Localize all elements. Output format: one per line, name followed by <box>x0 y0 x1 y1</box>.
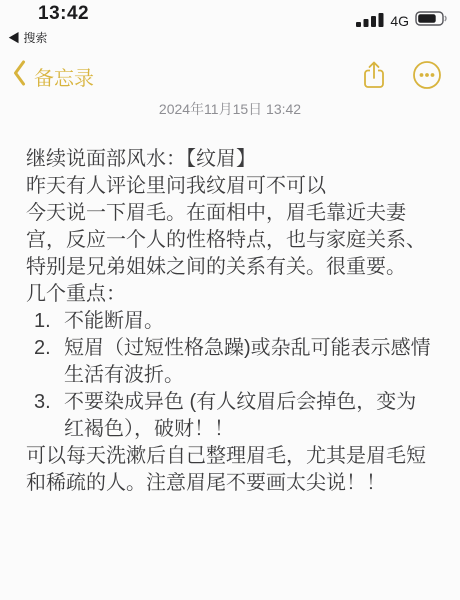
share-button[interactable] <box>362 60 386 95</box>
numbered-list: 1. 不能断眉。 2. 短眉（过短性格急躁)或杂乱可能表示感情生活有波折。 3.… <box>26 308 436 443</box>
nav-actions <box>362 60 442 95</box>
list-item: 1. 不能断眉。 <box>26 308 436 335</box>
status-bar: 13:42 ◀ 搜索 4G <box>0 0 460 50</box>
list-item: 2. 短眉（过短性格急躁)或杂乱可能表示感情生活有波折。 <box>26 335 436 389</box>
share-icon <box>362 60 386 95</box>
note-paragraph: 今天说一下眉毛。在面相中，眉毛靠近夫妻宫，反应一个人的性格特点，也与家庭关系、特… <box>26 200 436 281</box>
network-type-label: 4G <box>390 13 409 29</box>
status-indicators: 4G <box>356 11 448 31</box>
note-paragraph: 昨天有人评论里问我纹眉可不可以 <box>26 173 436 200</box>
notes-app-screen: 13:42 ◀ 搜索 4G <box>0 0 460 600</box>
note-body[interactable]: 继续说面部风水：【纹眉】 昨天有人评论里问我纹眉可不可以 今天说一下眉毛。在面相… <box>0 146 460 600</box>
clock-time: 13:42 <box>38 3 89 25</box>
note-timestamp: 2024年11月15日 13:42 <box>0 99 460 119</box>
note-paragraph: 几个重点： <box>26 281 436 308</box>
more-options-button[interactable] <box>412 60 442 95</box>
back-button-label: 备忘录 <box>34 62 94 91</box>
back-button[interactable]: 备忘录 <box>12 60 94 92</box>
note-paragraph: 继续说面部风水：【纹眉】 <box>26 146 436 173</box>
back-to-search-link[interactable]: ◀ 搜索 <box>8 29 47 46</box>
list-item: 3. 不要染成异色 (有人纹眉后会掉色，变为红褐色），破财！！ <box>26 389 436 443</box>
chevron-left-icon <box>12 60 26 92</box>
list-item-text: 不要染成异色 (有人纹眉后会掉色，变为红褐色），破财！！ <box>64 389 436 443</box>
list-item-number: 3. <box>34 389 64 443</box>
ellipsis-circle-icon <box>412 60 442 95</box>
cellular-signal-icon <box>356 10 384 33</box>
list-item-number: 2. <box>34 335 64 389</box>
list-item-text: 不能断眉。 <box>64 308 436 335</box>
note-paragraph: 可以每天洗漱后自己整理眉毛，尤其是眉毛短和稀疏的人。注意眉尾不要画太尖说！！ <box>26 443 436 497</box>
nav-bar: 备忘录 <box>0 58 460 92</box>
list-item-text: 短眉（过短性格急躁)或杂乱可能表示感情生活有波折。 <box>64 335 436 389</box>
list-item-number: 1. <box>34 308 64 335</box>
battery-icon <box>415 10 448 32</box>
